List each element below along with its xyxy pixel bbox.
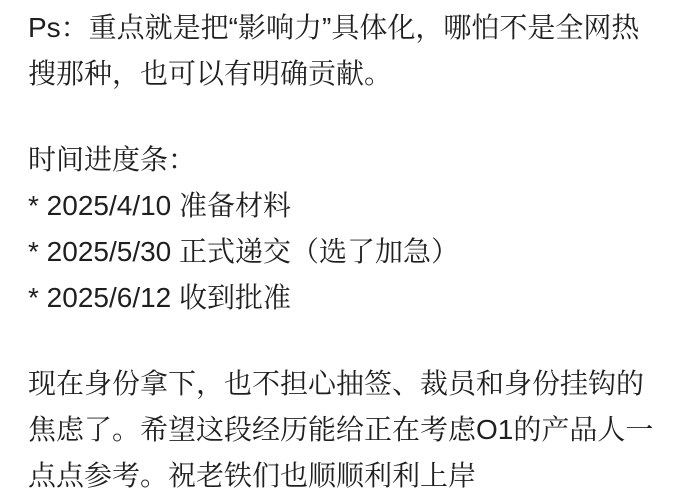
timeline-item-submit: * 2025/5/30 正式递交（选了加急） (28, 229, 658, 275)
closing-paragraph: 现在身份拿下，也不担心抽签、裁员和身份挂钩的焦虑了。希望这段经历能给正在考虑O1… (28, 361, 658, 499)
ps-note-paragraph: Ps：重点就是把“影响力”具体化，哪怕不是全网热搜那种，也可以有明确贡献。 (28, 5, 658, 97)
timeline-section: 时间进度条： * 2025/4/10 准备材料 * 2025/5/30 正式递交… (28, 137, 658, 321)
timeline-item-prepare: * 2025/4/10 准备材料 (28, 183, 658, 229)
timeline-header: 时间进度条： (28, 137, 658, 183)
post-body: Ps：重点就是把“影响力”具体化，哪怕不是全网热搜那种，也可以有明确贡献。 时间… (0, 0, 681, 499)
timeline-item-approved: * 2025/6/12 收到批准 (28, 275, 658, 321)
